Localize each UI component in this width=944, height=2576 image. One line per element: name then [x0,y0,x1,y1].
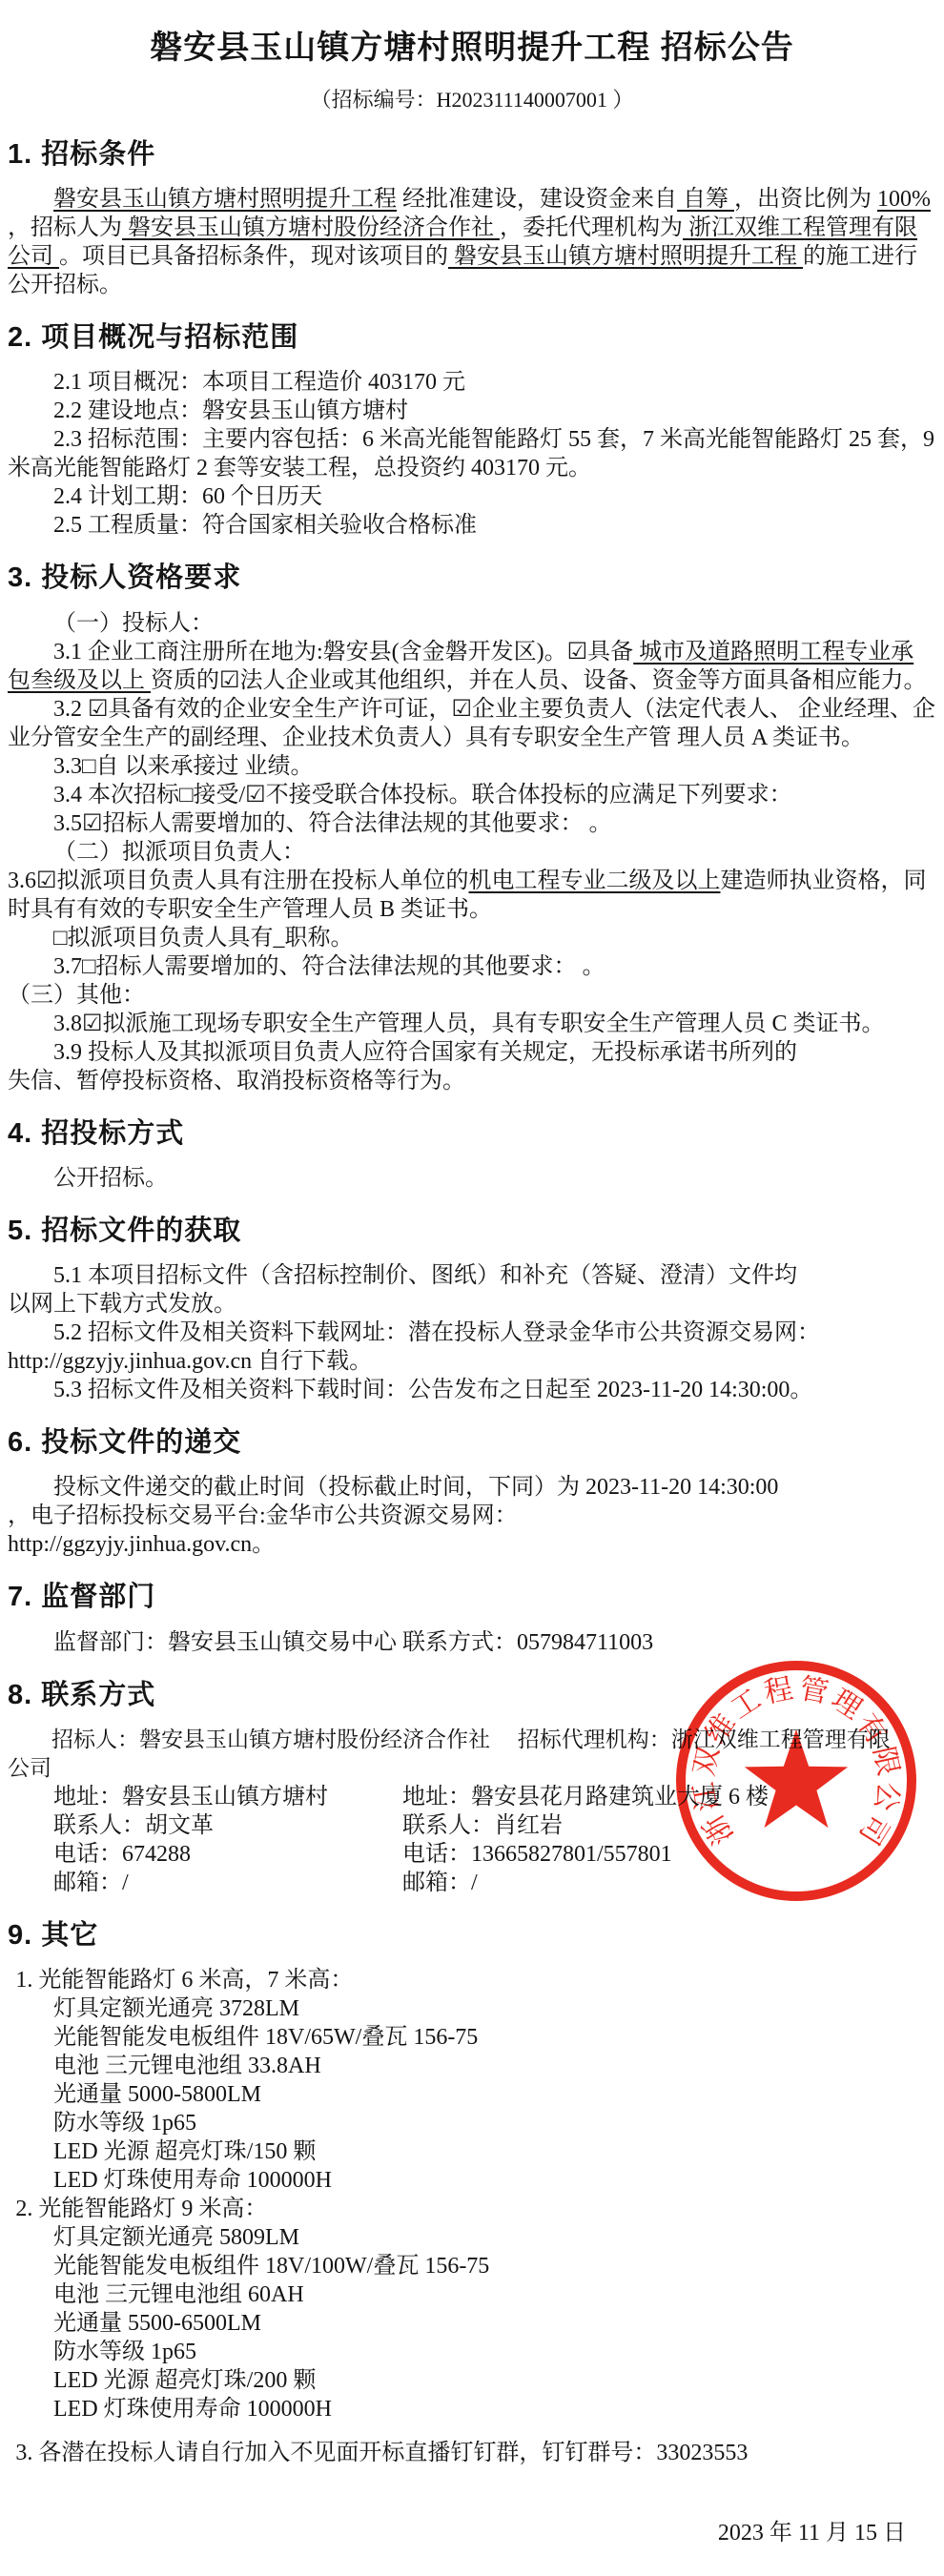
text-run: 经批准建设，建设资金来自 [397,187,677,212]
paragraph: 光能智能发电板组件 18V/100W/叠瓦 156-75 [53,2252,936,2280]
text-run: 防水等级 1p65 [53,2111,196,2136]
section-heading: 2. 项目概况与招标范围 [8,320,936,355]
text-run: 2.1 项目概况：本项目工程造价 403170 元 [53,370,465,395]
paragraph: 3.6☑拟派项目负责人具有注册在投标人单位的机电工程专业二级及以上建造师执业资格… [8,867,936,924]
document-title: 磐安县玉山镇方塘村照明提升工程 招标公告 [27,27,917,71]
paragraph: 2.1 项目概况：本项目工程造价 403170 元 [8,368,936,397]
paragraph: 3.4 本次招标□接受/☑不接受联合体投标。联合体投标的应满足下列要求： [8,781,936,809]
paragraph: 3. 各潜在投标人请自行加入不见面开标直播钉钉群，钉钉群号：33023553 [8,2439,936,2467]
paragraph: 3.3□自 以来承接过 业绩。 [8,752,936,781]
text-run: 2.2 建设地点：磐安县玉山镇方塘村 [53,399,408,423]
paragraph: 电池 三元锂电池组 60AH [53,2280,936,2309]
text-run: 5.3 招标文件及相关资料下载时间：公告发布之日起至 2023-11-20 14… [53,1378,812,1402]
text-run: 3.8☑拟派施工现场专职安全生产管理人员，具有专职安全生产管理人员 C 类证书。 [53,1012,885,1036]
text-run: 3.1 企业工商注册所在地为:磐安县(含金磐开发区)。☑具备 [53,640,633,664]
paragraph: 公开招标。 [8,1164,936,1193]
paragraph: 5.1 本项目招标文件（含招标控制价、图纸）和补充（答疑、澄清）文件均 以网上下… [8,1261,936,1319]
paragraph: 投标文件递交的截止时间（投标截止时间，下同）为 2023-11-20 14:30… [8,1473,936,1559]
text-run: 公开招标。 [53,1166,168,1191]
paragraph: 招标人：磐安县玉山镇方塘村股份经济合作社 招标代理机构：浙江双维工程管理有限 公… [8,1726,936,1783]
text-run: 3.7□招标人需要增加的、符合法律法规的其他要求： 。 [53,954,605,979]
text-run: 3.2 ☑具备有效的企业安全生产许可证，☑企业主要负责人（法定代表人、 企业经理… [8,697,935,750]
text-run: 。项目已具备招标条件，现对该项目的 [59,244,448,269]
text-run: 3.3□自 以来承接过 业绩。 [53,754,314,779]
text-run: 灯具定额光通亮 3728LM [53,1996,299,2021]
contact-left: 地址：磐安县玉山镇方塘村 [53,1783,402,1811]
paragraph: 5.3 招标文件及相关资料下载时间：公告发布之日起至 2023-11-20 14… [8,1376,936,1404]
contact-row: 邮箱：/邮箱：/ [53,1869,936,1897]
text-run: 光能智能发电板组件 18V/100W/叠瓦 156-75 [53,2254,489,2279]
section: 3. 投标人资格要求（一）投标人：3.1 企业工商注册所在地为:磐安县(含金磐开… [8,561,936,1094]
text-run: ，出资比例为 [734,187,877,212]
paragraph: 灯具定额光通亮 5809LM [53,2223,936,2252]
paragraph: （三）其他： [8,981,936,1010]
underlined-text: 磐安县玉山镇方塘村股份经济合作社 [122,215,500,240]
tender-number: （招标编号：H202311140007001 ） [8,86,936,114]
text-run: （一）投标人： [53,611,214,636]
paragraph: □拟派项目负责人具有_职称。 [8,924,936,952]
paragraph: 光通量 5000-5800LM [53,2080,936,2109]
text-run: LED 光源 超亮灯珠/150 颗 [53,2139,316,2164]
contact-left: 邮箱：/ [53,1869,402,1897]
underlined-text: 机电工程专业二级及以上 [469,869,721,893]
text-run: 电池 三元锂电池组 60AH [53,2282,304,2307]
text-run: ，招标人为 [8,215,122,240]
paragraph: 2. 光能智能路灯 9 米高： [8,2195,936,2223]
section-heading: 9. 其它 [8,1918,936,1952]
paragraph: 3.9 投标人及其拟派项目负责人应符合国家有关规定，无投标承诺书所列的 失信、暂… [8,1038,936,1095]
paragraph: LED 灯珠使用寿命 100000H [53,2395,936,2423]
contact-right: 电话：13665827801/557801 [402,1840,672,1869]
underlined-text: 磐安县玉山镇方塘村照明提升工程 [448,244,803,269]
contact-row: 联系人：胡文革联系人：肖红岩 [53,1811,936,1840]
document-body: 1. 招标条件磐安县玉山镇方塘村照明提升工程 经批准建设，建设资金来自 自筹 ，… [8,137,936,2467]
paragraph: LED 灯珠使用寿命 100000H [53,2166,936,2195]
text-run: 5.1 本项目招标文件（含招标控制价、图纸）和补充（答疑、澄清）文件均 以网上下… [8,1263,797,1317]
text-run: 2.4 计划工期：60 个日历天 [53,484,322,509]
section-heading: 6. 投标文件的递交 [8,1425,936,1460]
tender-document: 磐安县玉山镇方塘村照明提升工程 招标公告 （招标编号：H202311140007… [0,0,944,2576]
text-run: 监督部门：磐安县玉山镇交易中心 联系方式：057984711003 [53,1630,653,1655]
underlined-text: 磐安县玉山镇方塘村照明提升工程 [53,187,397,212]
text-run: （三）其他： [8,983,145,1008]
underlined-text: 100% [877,187,931,212]
section-heading: 5. 招标文件的获取 [8,1214,936,1248]
section: 2. 项目概况与招标范围2.1 项目概况：本项目工程造价 403170 元2.2… [8,320,936,540]
text-run: 3.5☑招标人需要增加的、符合法律法规的其他要求： 。 [53,811,612,836]
paragraph: 3.8☑拟派施工现场专职安全生产管理人员，具有专职安全生产管理人员 C 类证书。 [8,1010,936,1038]
section: 9. 其它1. 光能智能路灯 6 米高，7 米高：灯具定额光通亮 3728LM光… [8,1918,936,2467]
contact-left: 联系人：胡文革 [53,1811,402,1840]
text-run: ，委托代理机构为 [500,215,683,240]
paragraph: LED 光源 超亮灯珠/200 颗 [53,2366,936,2395]
text-run: 2. 光能智能路灯 9 米高： [15,2197,267,2221]
paragraph: 灯具定额光通亮 3728LM [53,1994,936,2023]
section-heading: 8. 联系方式 [8,1678,936,1712]
text-run: 资质的☑法人企业或其他组织，并在人员、设备、资金等方面具备相应能力。 [151,668,927,693]
text-run: 光通量 5500-6500LM [53,2311,261,2336]
section-heading: 1. 招标条件 [8,137,936,172]
paragraph: 3.5☑招标人需要增加的、符合法律法规的其他要求： 。 [8,809,936,838]
paragraph: 2.4 计划工期：60 个日历天 [8,482,936,511]
text-run: 2.3 招标范围：主要内容包括：6 米高光能智能路灯 55 套，7 米高光能智能… [8,427,934,480]
paragraph: 2.2 建设地点：磐安县玉山镇方塘村 [8,397,936,425]
paragraph: LED 光源 超亮灯珠/150 颗 [53,2137,936,2166]
text-run: LED 灯珠使用寿命 100000H [53,2397,332,2422]
paragraph: 磐安县玉山镇方塘村照明提升工程 经批准建设，建设资金来自 自筹 ，出资比例为 1… [8,185,936,299]
text-run: □拟派项目负责人具有_职称。 [53,926,354,951]
text-run: 1. 光能智能路灯 6 米高，7 米高： [15,1968,353,1993]
text-run: 3.9 投标人及其拟派项目负责人应符合国家有关规定，无投标承诺书所列的 失信、暂… [8,1040,797,1094]
section-heading: 3. 投标人资格要求 [8,561,936,595]
paragraph: 监督部门：磐安县玉山镇交易中心 联系方式：057984711003 [8,1628,936,1657]
text-run: 2.5 工程质量：符合国家相关验收合格标准 [53,513,477,538]
underlined-text: 自筹 [677,187,734,212]
contact-left: 电话：674288 [53,1840,402,1869]
text-run: 3.4 本次招标□接受/☑不接受联合体投标。联合体投标的应满足下列要求： [53,783,792,808]
paragraph: 3.1 企业工商注册所在地为:磐安县(含金磐开发区)。☑具备 城市及道路照明工程… [8,638,936,695]
contact-row: 电话：674288电话：13665827801/557801 [53,1840,936,1869]
text-run: 投标文件递交的截止时间（投标截止时间，下同）为 2023-11-20 14:30… [8,1475,778,1557]
section: 1. 招标条件磐安县玉山镇方塘村照明提升工程 经批准建设，建设资金来自 自筹 ，… [8,137,936,299]
text-run: 3. 各潜在投标人请自行加入不见面开标直播钉钉群，钉钉群号：33023553 [15,2441,748,2465]
issue-date: 2023 年 11 月 15 日 [8,2519,906,2547]
paragraph: （一）投标人： [8,609,936,638]
paragraph: （二）拟派项目负责人： [8,838,936,867]
text-run: LED 灯珠使用寿命 100000H [53,2168,332,2193]
section: 5. 招标文件的获取5.1 本项目招标文件（含招标控制价、图纸）和补充（答疑、澄… [8,1214,936,1404]
contact-right: 联系人：肖红岩 [402,1811,563,1840]
section-heading: 7. 监督部门 [8,1580,936,1614]
section-heading: 4. 招投标方式 [8,1116,936,1151]
paragraph: 3.7□招标人需要增加的、符合法律法规的其他要求： 。 [8,952,936,981]
text-run: 招标人：磐安县玉山镇方塘村股份经济合作社 招标代理机构：浙江双维工程管理有限 公… [8,1728,891,1780]
text-run: 防水等级 1p65 [53,2340,196,2364]
text-run: 5.2 招标文件及相关资料下载网址：潜在投标人登录金华市公共资源交易网：http… [8,1320,820,1374]
paragraph: 光能智能发电板组件 18V/65W/叠瓦 156-75 [53,2023,936,2052]
text-run: 光通量 5000-5800LM [53,2082,261,2107]
text-run: 3.6☑拟派项目负责人具有注册在投标人单位的 [8,869,469,893]
contact-row: 地址：磐安县玉山镇方塘村地址：磐安县花月路建筑业大厦 6 楼 [53,1783,936,1811]
contact-right: 邮箱：/ [402,1869,478,1897]
paragraph: 5.2 招标文件及相关资料下载网址：潜在投标人登录金华市公共资源交易网：http… [8,1319,936,1376]
paragraph: 1. 光能智能路灯 6 米高，7 米高： [8,1966,936,1994]
contact-right: 地址：磐安县花月路建筑业大厦 6 楼 [402,1783,769,1811]
text-run: 电池 三元锂电池组 33.8AH [53,2054,321,2078]
text-run: （二）拟派项目负责人： [53,840,305,865]
section: 8. 联系方式招标人：磐安县玉山镇方塘村股份经济合作社 招标代理机构：浙江双维工… [8,1678,936,1897]
paragraph: 电池 三元锂电池组 33.8AH [53,2052,936,2080]
paragraph: 2.5 工程质量：符合国家相关验收合格标准 [8,511,936,540]
section: 6. 投标文件的递交投标文件递交的截止时间（投标截止时间，下同）为 2023-1… [8,1425,936,1559]
text-run: LED 光源 超亮灯珠/200 颗 [53,2368,316,2393]
section: 4. 招投标方式公开招标。 [8,1116,936,1193]
paragraph: 光通量 5500-6500LM [53,2309,936,2338]
paragraph: 防水等级 1p65 [53,2109,936,2137]
paragraph: 3.2 ☑具备有效的企业安全生产许可证，☑企业主要负责人（法定代表人、 企业经理… [8,695,936,752]
section: 7. 监督部门监督部门：磐安县玉山镇交易中心 联系方式：057984711003 [8,1580,936,1656]
paragraph: 2.3 招标范围：主要内容包括：6 米高光能智能路灯 55 套，7 米高光能智能… [8,425,936,482]
text-run: 光能智能发电板组件 18V/65W/叠瓦 156-75 [53,2025,478,2050]
text-run: 灯具定额光通亮 5809LM [53,2225,299,2250]
paragraph: 防水等级 1p65 [53,2338,936,2366]
